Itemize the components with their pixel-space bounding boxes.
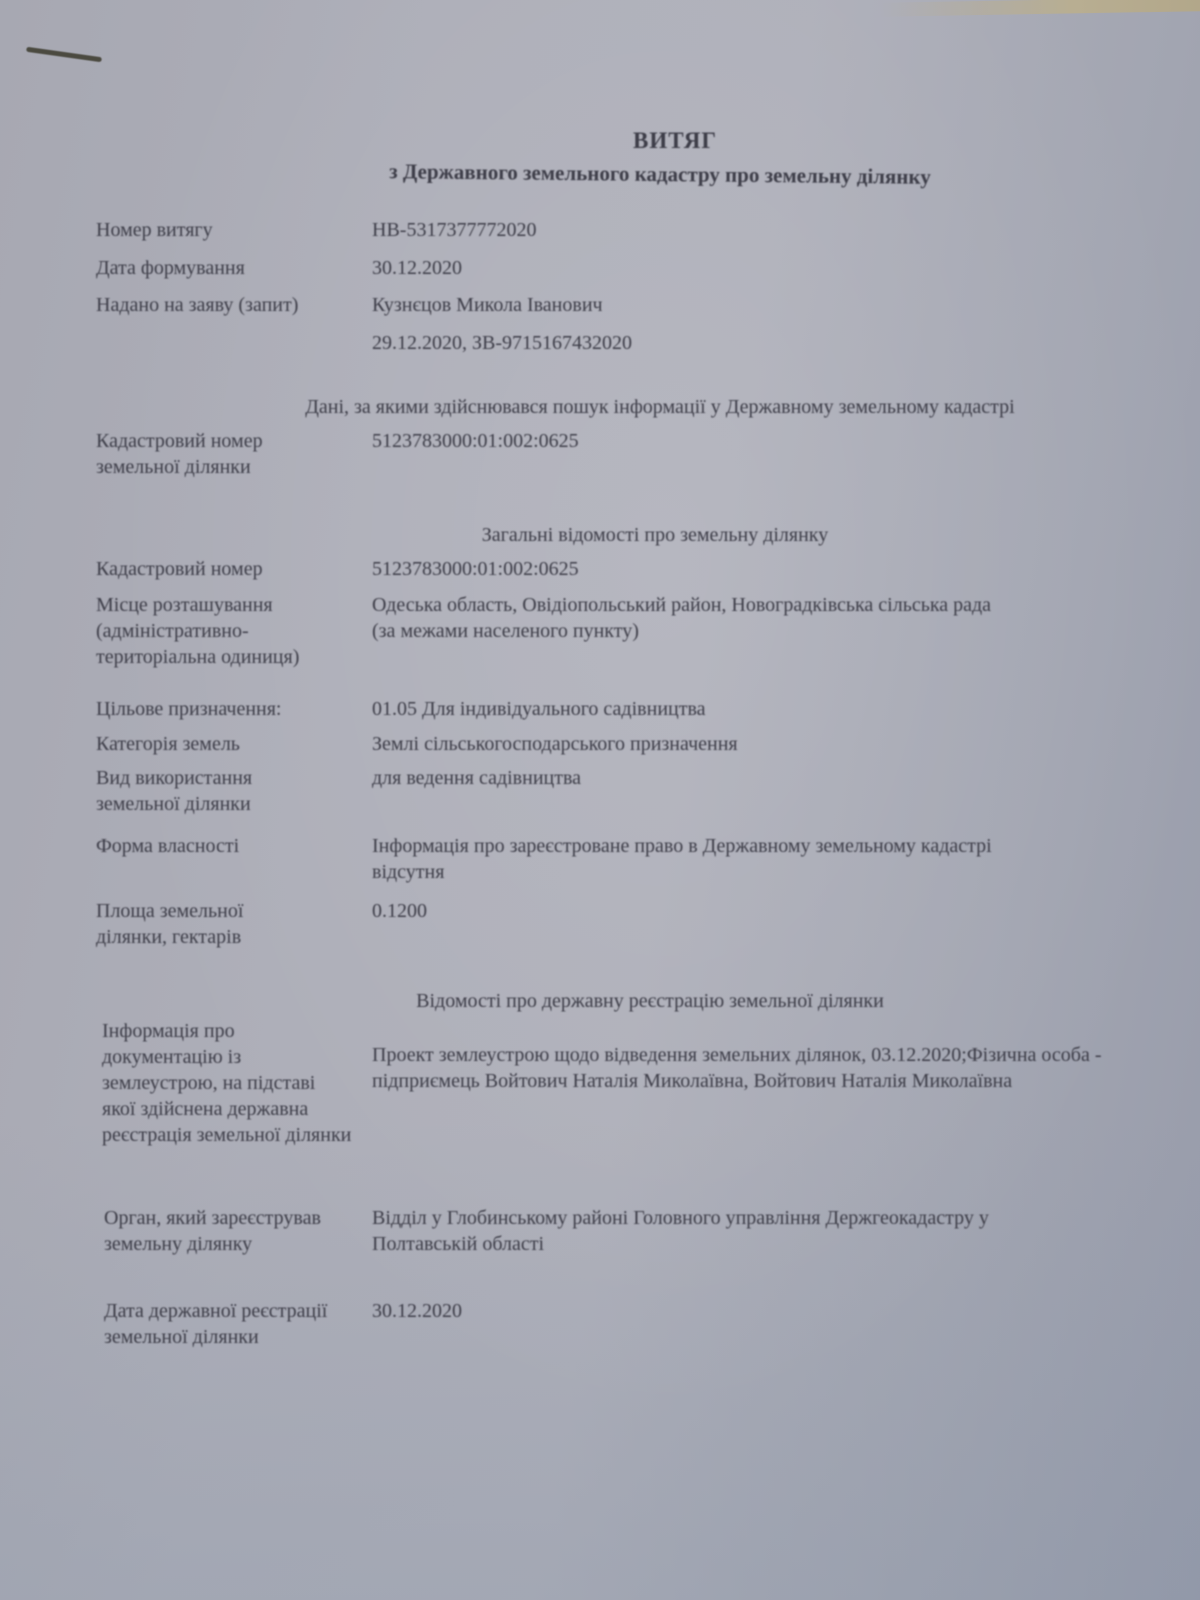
field-value: Інформація про зареєстроване право в Дер… (372, 833, 992, 859)
field-label: Цільове призначення: (96, 696, 372, 722)
field-documentation: Інформація про документацію із землеустр… (102, 1018, 1112, 1148)
field-value: 5123783000:01:002:0625 (372, 428, 579, 480)
document-subtitle: з Державного земельного кадастру про зем… (0, 155, 1200, 194)
field-value: НВ-5317377772020 (372, 217, 536, 243)
field-land-category: Категорія земель Землі сільськогосподарс… (96, 731, 738, 757)
field-label: Форма власності (96, 833, 372, 885)
field-label: Дата державної реєстрації земельної діля… (104, 1298, 334, 1350)
field-registration-date: Дата державної реєстрації земельної діля… (104, 1298, 462, 1350)
section-heading-general: Загальні відомості про земельну ділянку (0, 524, 1200, 547)
field-value: 30.12.2020 (372, 255, 462, 281)
field-value: Проект землеустрою щодо відведення земел… (372, 1042, 1112, 1148)
field-value: 30.12.2020 (372, 1298, 462, 1350)
field-value: 01.05 Для індивідуального садівництва (372, 696, 706, 722)
field-extract-number: Номер витягу НВ-5317377772020 (96, 217, 536, 243)
field-value-note: (за межами населеного пункту) (372, 618, 991, 644)
cadastre-extract-page: ВИТЯГ з Державного земельного кадастру п… (0, 0, 1200, 1600)
document-title: ВИТЯГ (0, 128, 1200, 154)
field-label: Кадастровий номер земельної ділянки (96, 428, 266, 480)
field-label: Категорія земель (96, 731, 372, 757)
field-label: Дата формування (96, 255, 372, 281)
field-label: Номер витягу (96, 217, 372, 243)
field-value: Відділ у Глобинському районі Головного у… (372, 1205, 1092, 1257)
field-label: Площа земельної ділянки, гектарів (96, 898, 296, 950)
field-formation-date: Дата формування 30.12.2020 (96, 255, 462, 281)
field-label: Вид використання земельної ділянки (96, 765, 316, 817)
field-search-cadastral-number: Кадастровий номер земельної ділянки 5123… (96, 428, 579, 480)
field-value: Одеська область, Овідіопольський район, … (372, 592, 991, 618)
field-request: Надано на заяву (запит) Кузнєцов Микола … (96, 292, 632, 356)
field-area: Площа земельної ділянки, гектарів 0.1200 (96, 898, 427, 950)
field-label: Надано на заяву (запит) (96, 292, 372, 356)
field-value: Землі сільськогосподарського призначення (372, 731, 738, 757)
field-usage-type: Вид використання земельної ділянки для в… (96, 765, 581, 817)
field-purpose: Цільове призначення: 01.05 Для індивідуа… (96, 696, 706, 722)
field-location: Місце розташування (адміністративно-тери… (96, 592, 991, 670)
field-value: 0.1200 (372, 898, 427, 950)
section-heading-search: Дані, за якими здійснювався пошук інформ… (0, 396, 1200, 419)
field-value-request-ref: 29.12.2020, ЗВ-9715167432020 (372, 330, 632, 356)
field-value: для ведення садівництва (372, 765, 581, 817)
field-registering-authority: Орган, який зареєстрував земельну ділянк… (104, 1205, 1092, 1257)
field-cadastral-number: Кадастровий номер 5123783000:01:002:0625 (96, 556, 579, 582)
field-label: Орган, який зареєстрував земельну ділянк… (104, 1205, 354, 1257)
field-ownership-form: Форма власності Інформація про зареєстро… (96, 833, 992, 885)
field-label: Місце розташування (адміністративно-тери… (96, 592, 366, 670)
field-label: Інформація про документацію із землеустр… (102, 1018, 352, 1148)
field-value-cont: відсутня (372, 859, 992, 885)
field-value: 5123783000:01:002:0625 (372, 556, 579, 582)
section-heading-registration: Відомості про державну реєстрацію земель… (0, 990, 1200, 1013)
field-label: Кадастровий номер (96, 556, 372, 582)
field-value: Кузнєцов Микола Іванович (372, 292, 632, 318)
